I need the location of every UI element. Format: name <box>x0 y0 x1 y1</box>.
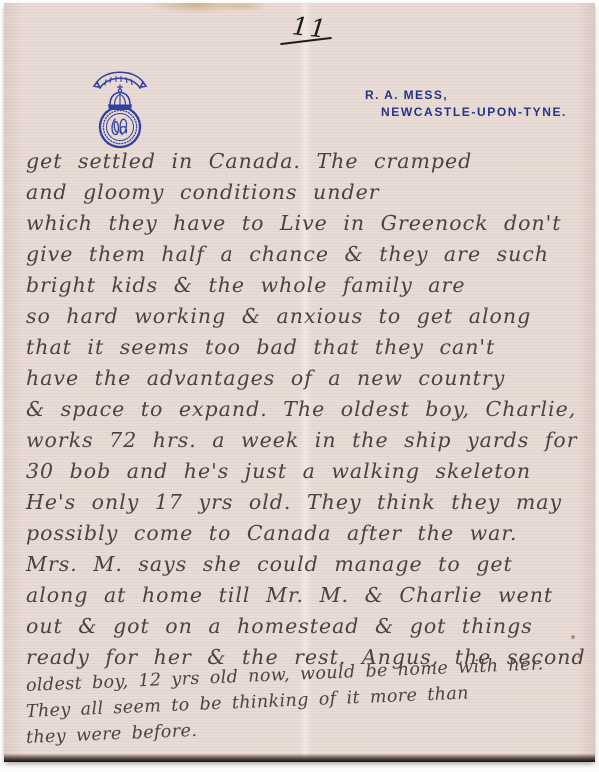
handwriting-line-5: bright kids & the whole family are <box>26 270 592 301</box>
handwriting-line-7: that it seems too bad that they can't <box>26 332 592 363</box>
handwriting-line-12: He's only 17 yrs old. They think they ma… <box>26 487 592 518</box>
letter-paper: 11 <box>4 3 595 762</box>
paper-stain-speck <box>571 635 575 639</box>
handwriting-line-10: works 72 hrs. a week in the ship yards f… <box>26 425 592 456</box>
letter-scan: 11 <box>0 0 599 772</box>
handwriting-line-1: get settled in Canada. The cramped <box>26 146 592 177</box>
handwriting-line-8: have the advantages of a new country <box>26 363 592 394</box>
handwriting-line-3: which they have to Live in Greenock don'… <box>26 208 592 239</box>
paper-bottom-shadow <box>4 754 595 762</box>
handwriting-line-2: and gloomy conditions under <box>26 177 592 208</box>
handwriting-line-13: possibly come to Canada after the war. <box>26 518 592 549</box>
handwriting-line-15: along at home till Mr. M. & Charlie went <box>26 580 592 611</box>
handwriting-line-14: Mrs. M. says she could manage to get <box>26 549 592 580</box>
handwriting-line-6: so hard working & anxious to get along <box>26 301 592 332</box>
handwriting-line-4: give them half a chance & they are such <box>26 239 592 270</box>
handwritten-letter-body: get settled in Canada. The cramped and g… <box>26 146 592 751</box>
handwriting-line-16: out & got on a homestead & got things <box>26 611 592 642</box>
handwriting-line-11: 30 bob and he's just a walking skeleton <box>26 456 592 487</box>
letterhead-name: R. A. MESS, <box>365 88 448 102</box>
handwriting-line-9: & space to expand. The oldest boy, Charl… <box>26 394 592 425</box>
royal-crest-icon <box>88 63 152 153</box>
paper-stain-speck <box>578 655 581 658</box>
letterhead-place: NEWCASTLE-UPON-TYNE. <box>381 105 567 119</box>
